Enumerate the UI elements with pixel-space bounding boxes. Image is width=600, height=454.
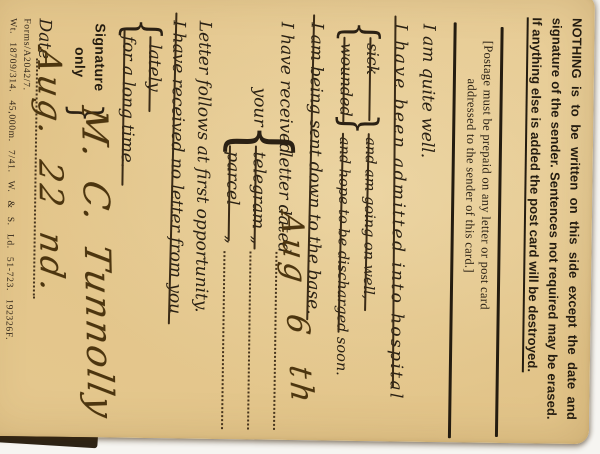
ditto-mark: „: [222, 235, 242, 244]
scan-background: NOTHING is to be written on this side ex…: [0, 0, 600, 454]
option-lately: lately: [144, 44, 165, 92]
option-wounded: wounded: [336, 43, 356, 117]
brace-close-sick-wounded: }: [333, 113, 385, 136]
handwritten-date: Aug. 22 nd.: [30, 46, 72, 298]
brace-open-sick-wounded: {: [334, 21, 386, 44]
option-parcel: parcel: [222, 151, 243, 205]
option-letter-follows: Letter follows at first opportunity.: [191, 21, 215, 313]
instructions-header: NOTHING is to be written on this side ex…: [521, 17, 587, 420]
dotted-leader: [247, 251, 267, 429]
instructions-text: NOTHING is to be written on this side ex…: [544, 18, 585, 420]
postage-note-line1: [Postage must be prepaid on any letter o…: [477, 41, 496, 310]
postage-note-line2: addressed to the sender of this card.]: [461, 78, 479, 273]
signature-label: Signature: [92, 23, 109, 91]
option-long-time: for a long time.: [117, 36, 139, 169]
option-telegram: telegram: [248, 151, 269, 229]
imprint-print-details: Wt. 18709/314. 45,000m. 7/41. W. & S. Ld…: [3, 18, 17, 340]
instructions-underlined-text: If anything else is added the post card …: [522, 17, 545, 372]
option-sick: sick: [363, 43, 382, 75]
dotted-leader: [221, 251, 241, 429]
pen-strike: [368, 37, 371, 121]
ditto-mark: „: [248, 235, 268, 244]
field-service-postcard: NOTHING is to be written on this side ex…: [0, 0, 595, 444]
option-your: your: [249, 87, 270, 126]
divider-rule-bottom: [448, 22, 457, 438]
option-admitted-hospital: I have been admitted into hospital: [385, 23, 410, 401]
divider-rule-top: [495, 27, 504, 437]
only-label: only: [72, 47, 88, 78]
option-quite-well: I am quite well.: [417, 24, 439, 159]
handwritten-signature: M. C. Tunnolly: [73, 103, 121, 422]
